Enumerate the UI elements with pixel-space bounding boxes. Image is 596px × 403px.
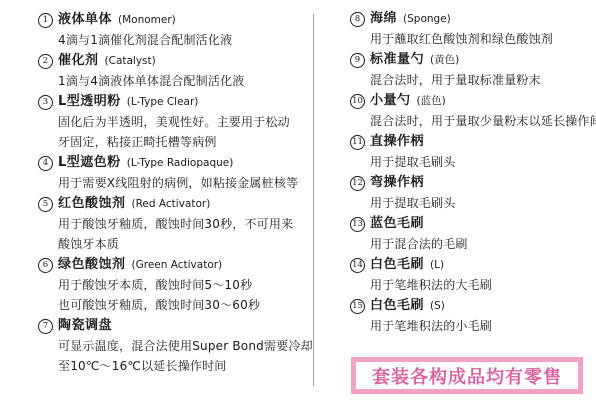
item-description: 用于提取毛刷头 xyxy=(350,193,592,213)
item-subtitle: (S) xyxy=(430,296,445,316)
item-subtitle: (Green Activator) xyxy=(132,255,223,275)
item-subtitle: (Sponge) xyxy=(403,9,451,29)
item-title: 催化剂 xyxy=(58,51,99,71)
item-number-badge: 15 xyxy=(350,299,365,314)
list-item: 10 小量勺(蓝色) 混合法时，用于量取少量粉末以延长操作间 xyxy=(350,91,592,131)
item-subtitle: (黄色) xyxy=(430,50,459,70)
item-description: 用于酸蚀牙本质，酸蚀时间5～10秒也可酸蚀牙釉质，酸蚀时间30～60秒 xyxy=(38,275,306,315)
item-title: 标准量勺 xyxy=(370,50,424,70)
item-heading: 12 弯操作柄 xyxy=(350,173,592,193)
item-title: 液体单体 xyxy=(58,10,112,30)
list-item: 5 红色酸蚀剂(Red Activator) 用于酸蚀牙釉质，酸蚀时间30秒，不… xyxy=(38,194,306,254)
item-description-line: 酸蚀牙本质 xyxy=(58,234,306,254)
item-description: 混合法时，用于量取少量粉末以延长操作间 xyxy=(350,111,592,131)
item-description-line: 用于酸蚀牙釉质，酸蚀时间30秒，不可用来 xyxy=(58,214,306,234)
item-description: 用于酸蚀牙釉质，酸蚀时间30秒，不可用来酸蚀牙本质 xyxy=(38,214,306,254)
item-heading: 2 催化剂(Catalyst) xyxy=(38,51,306,71)
item-description-line: 用于蘸取红色酸蚀剂和绿色酸蚀剂 xyxy=(370,29,592,49)
item-heading: 5 红色酸蚀剂(Red Activator) xyxy=(38,194,306,214)
item-description-line: 牙固定，粘接正畸托槽等病例 xyxy=(58,132,306,152)
item-description-line: 4滴与1滴催化剂混合配制活化液 xyxy=(58,30,306,50)
column-divider xyxy=(313,14,314,386)
item-description-line: 用于笔堆积法的小毛刷 xyxy=(370,316,592,336)
list-item: 1 液体单体(Monomer) 4滴与1滴催化剂混合配制活化液 xyxy=(38,10,306,50)
item-subtitle: (Red Activator) xyxy=(132,194,211,214)
item-number-badge: 1 xyxy=(38,13,53,28)
retail-notice-text: 套装各构成品均有零售 xyxy=(372,363,562,389)
list-item: 8 海绵(Sponge) 用于蘸取红色酸蚀剂和绿色酸蚀剂 xyxy=(350,9,592,49)
item-heading: 7 陶瓷调盘 xyxy=(38,316,306,336)
component-list-left-column: 1 液体单体(Monomer) 4滴与1滴催化剂混合配制活化液 2 催化剂(Ca… xyxy=(38,10,306,377)
list-item: 11 直操作柄 用于提取毛刷头 xyxy=(350,132,592,172)
item-description-line: 用于笔堆积法的大毛刷 xyxy=(370,275,592,295)
item-description-line: 至10℃～16℃以延长操作时间 xyxy=(58,356,306,376)
item-title: 小量勺 xyxy=(370,91,411,111)
item-title: 绿色酸蚀剂 xyxy=(58,255,126,275)
item-title: 白色毛刷 xyxy=(370,296,424,316)
item-heading: 8 海绵(Sponge) xyxy=(350,9,592,29)
item-heading: 10 小量勺(蓝色) xyxy=(350,91,592,111)
item-description-line: 混合法时，用于量取标准量粉末 xyxy=(370,70,592,90)
manual-page: 1 液体单体(Monomer) 4滴与1滴催化剂混合配制活化液 2 催化剂(Ca… xyxy=(0,0,596,403)
item-heading: 9 标准量勺(黄色) xyxy=(350,50,592,70)
item-number-badge: 4 xyxy=(38,156,53,171)
item-title: L型透明粉 xyxy=(58,92,121,112)
item-description: 用于混合法的毛刷 xyxy=(350,234,592,254)
item-heading: 4 L型遮色粉(L-Type Radiopaque) xyxy=(38,153,306,173)
item-number-badge: 14 xyxy=(350,258,365,273)
item-heading: 3 L型透明粉(L-Type Clear) xyxy=(38,92,306,112)
item-subtitle: (L-Type Clear) xyxy=(127,92,199,112)
item-description-line: 混合法时，用于量取少量粉末以延长操作间 xyxy=(370,111,592,131)
retail-notice-badge: 套装各构成品均有零售 xyxy=(351,357,583,394)
item-description-line: 固化后为半透明，美观性好。主要用于松动 xyxy=(58,112,306,132)
item-subtitle: (L-Type Radiopaque) xyxy=(127,153,234,173)
item-heading: 6 绿色酸蚀剂(Green Activator) xyxy=(38,255,306,275)
list-item: 15 白色毛刷(S) 用于笔堆积法的小毛刷 xyxy=(350,296,592,336)
item-number-badge: 9 xyxy=(350,53,365,68)
item-description: 4滴与1滴催化剂混合配制活化液 xyxy=(38,30,306,50)
item-number-badge: 5 xyxy=(38,197,53,212)
item-title: 蓝色毛刷 xyxy=(370,214,424,234)
list-item: 3 L型透明粉(L-Type Clear) 固化后为半透明，美观性好。主要用于松… xyxy=(38,92,306,152)
item-description: 用于需要X线阻射的病例，如粘接金属桩核等 xyxy=(38,173,306,193)
item-description: 固化后为半透明，美观性好。主要用于松动牙固定，粘接正畸托槽等病例 xyxy=(38,112,306,152)
item-heading: 11 直操作柄 xyxy=(350,132,592,152)
item-title: 海绵 xyxy=(370,9,397,29)
item-description: 用于蘸取红色酸蚀剂和绿色酸蚀剂 xyxy=(350,29,592,49)
item-subtitle: (Monomer) xyxy=(118,10,176,30)
list-item: 12 弯操作柄 用于提取毛刷头 xyxy=(350,173,592,213)
list-item: 14 白色毛刷(L) 用于笔堆积法的大毛刷 xyxy=(350,255,592,295)
item-subtitle: (蓝色) xyxy=(417,91,446,111)
list-item: 4 L型遮色粉(L-Type Radiopaque) 用于需要X线阻射的病例，如… xyxy=(38,153,306,193)
item-number-badge: 8 xyxy=(350,12,365,27)
item-description-line: 也可酸蚀牙釉质，酸蚀时间30～60秒 xyxy=(58,295,306,315)
item-subtitle: (Catalyst) xyxy=(105,51,156,71)
component-list-right-column: 8 海绵(Sponge) 用于蘸取红色酸蚀剂和绿色酸蚀剂 9 标准量勺(黄色) … xyxy=(350,9,592,337)
item-number-badge: 10 xyxy=(350,94,365,109)
item-title: L型遮色粉 xyxy=(58,153,121,173)
item-description: 用于提取毛刷头 xyxy=(350,152,592,172)
list-item: 13 蓝色毛刷 用于混合法的毛刷 xyxy=(350,214,592,254)
item-description: 混合法时，用于量取标准量粉末 xyxy=(350,70,592,90)
item-description: 1滴与4滴液体单体混合配制活化液 xyxy=(38,71,306,91)
item-description-line: 用于提取毛刷头 xyxy=(370,193,592,213)
item-number-badge: 12 xyxy=(350,176,365,191)
item-title: 弯操作柄 xyxy=(370,173,424,193)
item-description: 可显示温度，混合法使用Super Bond需要冷却至10℃～16℃以延长操作时间 xyxy=(38,336,306,376)
item-title: 白色毛刷 xyxy=(370,255,424,275)
item-description: 用于笔堆积法的大毛刷 xyxy=(350,275,592,295)
item-subtitle: (L) xyxy=(430,255,444,275)
item-description-line: 可显示温度，混合法使用Super Bond需要冷却 xyxy=(58,336,306,356)
item-title: 红色酸蚀剂 xyxy=(58,194,126,214)
item-number-badge: 11 xyxy=(350,135,365,150)
item-heading: 13 蓝色毛刷 xyxy=(350,214,592,234)
item-description-line: 用于提取毛刷头 xyxy=(370,152,592,172)
list-item: 7 陶瓷调盘 可显示温度，混合法使用Super Bond需要冷却至10℃～16℃… xyxy=(38,316,306,376)
list-item: 6 绿色酸蚀剂(Green Activator) 用于酸蚀牙本质，酸蚀时间5～1… xyxy=(38,255,306,315)
item-description-line: 用于混合法的毛刷 xyxy=(370,234,592,254)
item-number-badge: 2 xyxy=(38,54,53,69)
item-description-line: 用于酸蚀牙本质，酸蚀时间5～10秒 xyxy=(58,275,306,295)
item-number-badge: 13 xyxy=(350,217,365,232)
item-number-badge: 6 xyxy=(38,258,53,273)
list-item: 9 标准量勺(黄色) 混合法时，用于量取标准量粉末 xyxy=(350,50,592,90)
item-description-line: 1滴与4滴液体单体混合配制活化液 xyxy=(58,71,306,91)
item-heading: 15 白色毛刷(S) xyxy=(350,296,592,316)
item-description: 用于笔堆积法的小毛刷 xyxy=(350,316,592,336)
list-item: 2 催化剂(Catalyst) 1滴与4滴液体单体混合配制活化液 xyxy=(38,51,306,91)
item-title: 直操作柄 xyxy=(370,132,424,152)
item-title: 陶瓷调盘 xyxy=(58,316,112,336)
item-heading: 14 白色毛刷(L) xyxy=(350,255,592,275)
item-number-badge: 3 xyxy=(38,95,53,110)
item-description-line: 用于需要X线阻射的病例，如粘接金属桩核等 xyxy=(58,173,306,193)
item-heading: 1 液体单体(Monomer) xyxy=(38,10,306,30)
item-number-badge: 7 xyxy=(38,319,53,334)
